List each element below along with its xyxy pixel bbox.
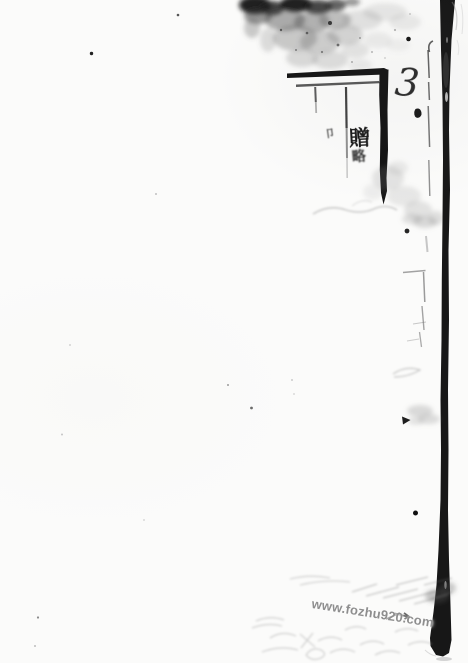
- pencil-wavy-line: [313, 201, 397, 214]
- handwritten-page-number: 3: [393, 64, 426, 104]
- column-rule-b: [346, 87, 347, 128]
- frame-header-glyph: 贈: [348, 125, 373, 150]
- pencil-smudge-below-frame: [363, 161, 444, 228]
- frame-sub-glyph: 略: [351, 149, 370, 167]
- pencil-smudge-mid: [407, 405, 440, 425]
- pencil-wisp-mid: [393, 368, 420, 377]
- column-rule-a: [315, 87, 316, 102]
- ink-stain-top: [239, 0, 421, 71]
- scanned-genealogy-page: 贈 略 卩 3 www.fozhu920.com: [0, 0, 468, 663]
- frame-top-border: [287, 68, 389, 78]
- frame-inner-rule: [296, 81, 380, 87]
- frame-side-mark: 卩: [324, 128, 336, 141]
- ink-dots: [34, 14, 421, 647]
